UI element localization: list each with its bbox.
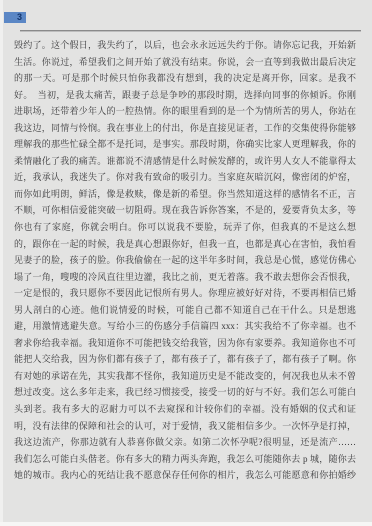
text-line: 你也有了家庭，你就会明白。你可以说我不要脸，玩弄了你，但我真的不是这么想 [14, 219, 356, 236]
text-line: 明，没有法律的保障和社会的认可，对于爱情，我又能相信多少。一次怀孕是打掉， [14, 418, 356, 435]
text-line: 男人剖白的心迹。他们说情爱的时候，可能自己都不知道自己在干什么。只是想逃 [14, 302, 356, 319]
text-line: 生活。你说过，希望我们之间开始了就没有结束。你说，会一直等到我做出最后决定 [14, 54, 356, 71]
text-line: 好。 当初，是我太痛苦，跟妻子总是争吵的那段时期，选择向同事的你倾诉。你刚 [14, 87, 356, 104]
text-line: 见妻子的脸，孩子的脸。你我偷偷在一起的这半年多时间，我总是心慌，感觉仿佛心 [14, 252, 356, 269]
text-line: 不顺，可你相信爱能突破一切阻碍。现在我告诉你答案，不是的，爱要背负太多，等 [14, 202, 356, 219]
text-line: 毁约了。这个假日，我失约了，以后，也会永永远远失约于你。请你忘记我，开始新 [14, 37, 356, 54]
text-line: 能把人交给我，因为你们都有孩子了，都有孩子了，都有孩子了，都有孩子了啊。你 [14, 351, 356, 368]
text-line: 理解我的那些忙碌全都不是托词，是事实。那段时期，你确实比家人更理解我，你的 [14, 136, 356, 153]
text-line: 奢求你给我幸福。我知道你不可能把钱交给我管，因为你有家要养。我知道你也不可 [14, 335, 356, 352]
text-line: 的，跟你在一起的时候，我是真心想跟你好，但我一直，也都是真心在害怕，我怕看 [14, 236, 356, 253]
text-line: 有对她的承诺在先，其实我都不怪你，我知道历史是不能改变的，何况我也从未不曾 [14, 368, 356, 385]
document-text: 毁约了。这个假日，我失约了，以后，也会永永远远失约于你。请你忘记我，开始新生活。… [14, 37, 356, 484]
text-line: 头到老。我有多大的忍耐力可以不去窥探和计较你们的幸福。没有婚姻的仪式和证 [14, 401, 356, 418]
text-line: 的那一天。可是那个时候只怕你我都没有想到，我的决定是离开你，回家。是我不 [14, 70, 356, 87]
text-line: 柔情融化了我的痛苦。谁都说不清感情是什么时候发酵的，或许男人女人不能靠得太 [14, 153, 356, 170]
page-number-badge: 3 [4, 12, 26, 23]
text-line: 避，用激情逃避失意。写给小三的伤感分手信篇四 xxx：其实我给不了你幸福。也不 [14, 318, 356, 335]
text-line: 我这边流产，你那边就有人恭喜你做父亲。如第二次怀孕呢?很明显，还是流产…… [14, 434, 356, 451]
text-line: 我们怎么可能白头偕老。你有多大的精力两头奔跑，我怎么可能随你去 p 城，随你去 [14, 451, 356, 468]
page-left-edge [0, 0, 3, 526]
text-line: 塌了一角，嗖嗖的冷风直往里边灌，我比之前，更无着落。我不敢去想你会否恨我， [14, 269, 356, 286]
page-bottom-edge [0, 522, 372, 526]
text-line: 进职场，还带着少年人的一腔热情。你的眼里看到的是一个为情所苦的男人，你站在 [14, 103, 356, 120]
top-divider [20, 30, 361, 32]
text-line: 我这边，同情与怜悯。我在事业上的付出，你是直接见证者，工作的交集使得你能够 [14, 120, 356, 137]
text-line: 想过改变。这么多年走来，我已经习惯接受，接受一切的好与不好。我们怎么可能白 [14, 384, 356, 401]
text-line: 一定是恨的，我只愿你不要因此记恨所有男人。你理应被好好对待，不要再相信已婚 [14, 285, 356, 302]
text-line: 她的城市。我内心的死结让我不愿意保存任何你的相片，我怎么可能愿意和你拍婚纱 [14, 467, 356, 484]
text-line: 近，我承认，我迷失了。你对我有致命的吸引力。当家庭灰暗沉闷，像密闭的炉窑， [14, 169, 356, 186]
text-line: 而你如此明朗，鲜活，像是救赎，像是新的希望。你当然知道这样的感情名不正，言 [14, 186, 356, 203]
